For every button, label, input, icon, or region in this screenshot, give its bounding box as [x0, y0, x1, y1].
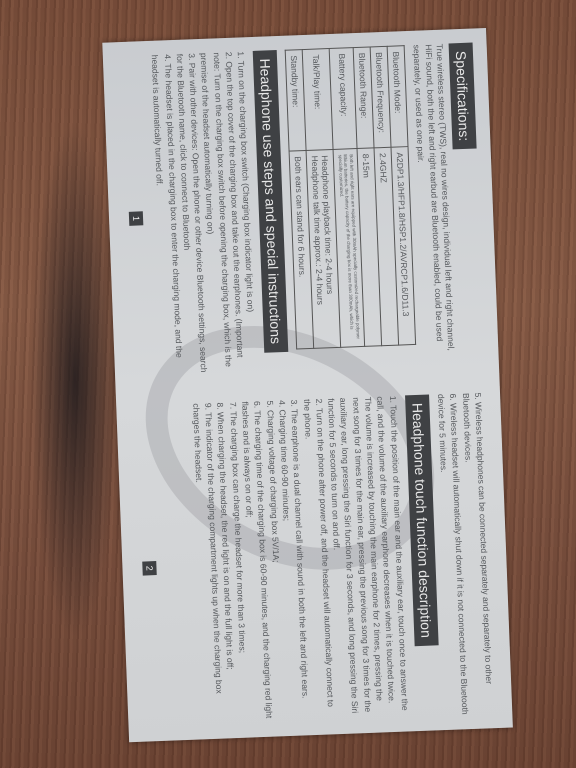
spec-table: Bluetooth Mode:A2DP1.3/HFP1.8/HSP1.2/AVR…	[285, 45, 416, 349]
notes-list: 5. Wireless headphones can be connected …	[435, 392, 497, 716]
touch-item: 1. Touch the position of the main ear an…	[325, 396, 411, 721]
spec-title: Specifications:	[449, 43, 477, 150]
page-number-2: 2	[142, 561, 157, 576]
touch-list: 1. Touch the position of the main ear an…	[190, 396, 412, 726]
page-1: Specifications: True wireless stereo (TW…	[102, 28, 499, 392]
spec-key: Talk/Play time:	[303, 49, 334, 151]
page-number-1: 1	[129, 211, 144, 226]
steps-list: 1. Turn on the charging box switch (Char…	[149, 51, 260, 377]
instruction-sheet: Specifications: True wireless stereo (TW…	[102, 28, 513, 742]
touch-title: Headphone touch function description	[405, 394, 439, 646]
spec-key: Battery capacity:	[330, 48, 357, 150]
table-shadow	[30, 120, 120, 640]
steps-title: Headphone use steps and special instruct…	[253, 50, 289, 352]
page-2: 5. Wireless headphones can be connected …	[116, 378, 513, 742]
